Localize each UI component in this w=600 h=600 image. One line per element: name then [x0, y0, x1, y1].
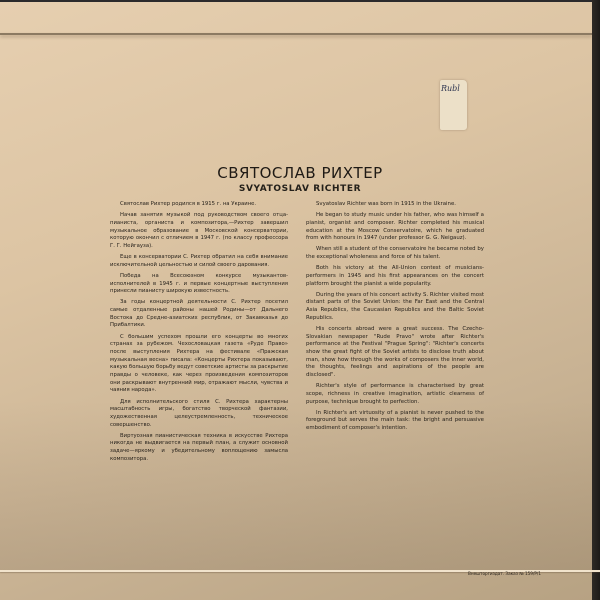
top-fold-line	[0, 33, 592, 35]
sleeve-edge	[592, 0, 600, 600]
ru-paragraph: Виртуозная пианистическая техника в иску…	[110, 433, 288, 464]
english-text-column: Svyatoslav Richter was born in 1915 in t…	[306, 201, 484, 436]
ru-paragraph: За годы концертной деятельности С. Рихте…	[110, 299, 288, 330]
title-russian: СВЯТОСЛАВ РИХТЕР	[0, 164, 600, 182]
ru-paragraph: Победа на Всесоюзном конкурсе музыкантов…	[110, 273, 288, 296]
en-paragraph: Svyatoslav Richter was born in 1915 in t…	[306, 201, 484, 209]
ru-paragraph: Еще в консерватории С. Рихтер обратил на…	[110, 254, 288, 269]
en-paragraph: Richter's style of performance is charac…	[306, 383, 484, 406]
ru-paragraph: С большим успехом прошли его концерты во…	[110, 334, 288, 396]
en-paragraph: He began to study music under his father…	[306, 212, 484, 243]
ru-paragraph: Святослав Рихтер родился в 1915 г. на Ук…	[110, 201, 288, 209]
en-paragraph: When still a student of the conservatoir…	[306, 246, 484, 261]
price-sticker-text: Rubl	[441, 84, 460, 93]
ru-paragraph: Начав занятия музыкой под руководством с…	[110, 212, 288, 251]
publisher-imprint: Внешторгиздат. Заказ № 159/Р/1	[468, 571, 541, 576]
russian-text-column: Святослав Рихтер родился в 1915 г. на Ук…	[110, 201, 288, 467]
en-paragraph: His concerts abroad were a great success…	[306, 326, 484, 380]
title-english: SVYATOSLAV RICHTER	[0, 184, 600, 194]
ru-paragraph: Для исполнительского стиля С. Рихтера ха…	[110, 399, 288, 430]
en-paragraph: Both his victory at the All-Union contes…	[306, 265, 484, 288]
en-paragraph: During the years of his concert activity…	[306, 292, 484, 323]
en-paragraph: In Richter's art virtuosity of a pianist…	[306, 410, 484, 433]
record-sleeve-back	[0, 2, 592, 600]
